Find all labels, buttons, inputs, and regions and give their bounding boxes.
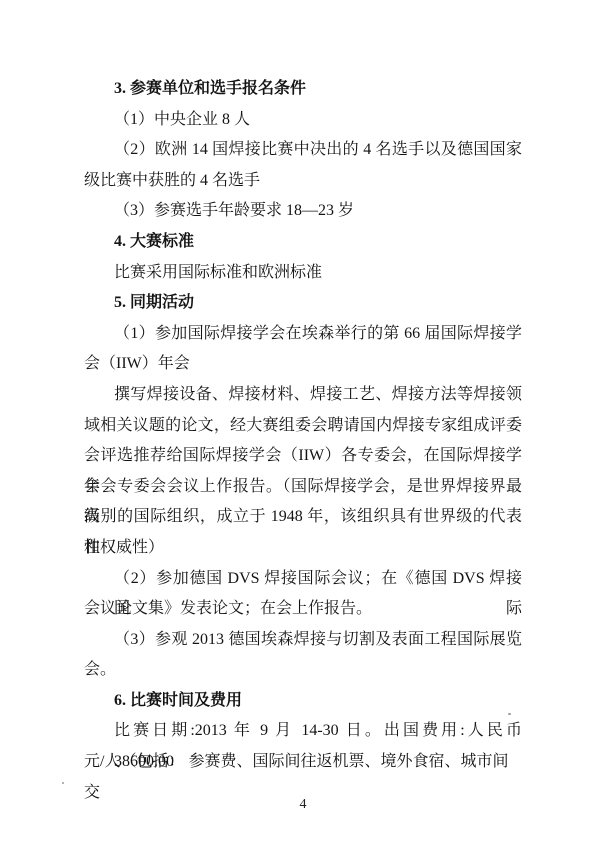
- document-page: 3. 参赛单位和选手报名条件 （1）中央企业 8 人 （2）欧洲 14 国焊接比…: [0, 0, 600, 859]
- text-line: 级比赛中获胜的 4 名选手: [84, 166, 522, 197]
- text-line: （3）参观 2013 德国埃森焊接与切割及表面工程国际展览: [84, 625, 522, 656]
- text-line: （2）欧洲 14 国焊接比赛中决出的 4 名选手以及德国国家: [84, 135, 522, 166]
- text-line: 和权威性）: [84, 533, 522, 564]
- text-line: 元/人（包括： 参赛费、国际间往返机票、境外食宿、城市间交: [84, 747, 522, 778]
- text-line: （2）参加德国 DVS 焊接国际会议；在《德国 DVS 焊接国际: [84, 564, 522, 595]
- page-number: 4: [84, 796, 522, 814]
- text-line: 撰写焊接设备、焊接材料、焊接工艺、焊接方法等焊接领: [84, 380, 522, 411]
- text-line: （3）参赛选手年龄要求 18—23 岁: [84, 196, 522, 227]
- text-line: 会（IIW）年会: [84, 349, 522, 380]
- text-line: 比赛采用国际标准和欧洲标准: [84, 258, 522, 289]
- section-heading-3: 3. 参赛单位和选手报名条件: [84, 74, 522, 105]
- scan-speck: [350, 752, 352, 754]
- scan-speck: [508, 713, 511, 715]
- text-line: 年会专委会会议上作报告。（国际焊接学会，是世界焊接界最高: [84, 472, 522, 503]
- section-heading-6: 6. 比赛时间及费用: [84, 686, 522, 717]
- text-line: 会。: [84, 655, 522, 686]
- text-line: （1）参加国际焊接学会在埃森举行的第 66 届国际焊接学: [84, 319, 522, 350]
- page-content: 3. 参赛单位和选手报名条件 （1）中央企业 8 人 （2）欧洲 14 国焊接比…: [84, 74, 522, 778]
- text-line: 域相关议题的论文，经大赛组委会聘请国内焊接专家组成评委: [84, 411, 522, 442]
- scan-speck: [62, 782, 64, 784]
- section-heading-5: 5. 同期活动: [84, 288, 522, 319]
- text-line: 级别的国际组织，成立于 1948 年，该组织具有世界级的代表性: [84, 502, 522, 533]
- text-line: （1）中央企业 8 人: [84, 105, 522, 136]
- text-line: 会评选推荐给国际焊接学会（IIW）各专委会，在国际焊接学会: [84, 441, 522, 472]
- text-line: 比赛日期:2013 年 9 月 14-30 日。出国费用:人民币 38600.0…: [84, 716, 522, 747]
- section-heading-4: 4. 大赛标准: [84, 227, 522, 258]
